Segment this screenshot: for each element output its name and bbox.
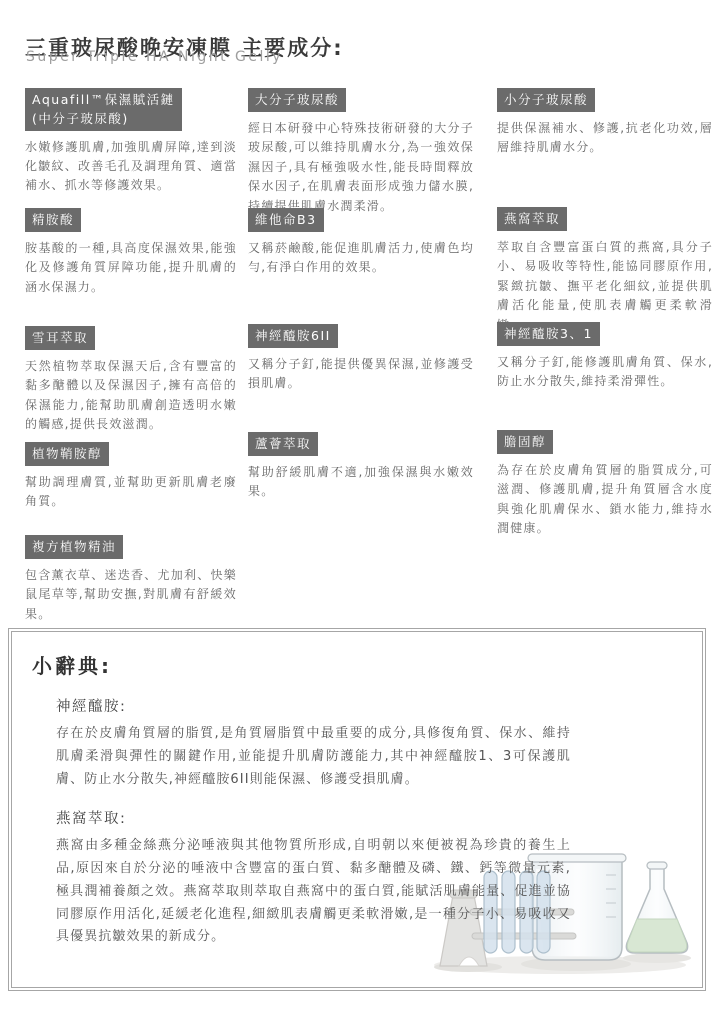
ingredient-tag: 大分子玻尿酸 xyxy=(248,88,346,112)
ingredient-description: 又稱分子釘,能提供優異保濕,並修護受損肌膚。 xyxy=(248,355,474,394)
glossary-definition: 存在於皮膚角質層的脂質,是角質層脂質中最重要的成分,具修復角質、保水、維持肌膚柔… xyxy=(56,723,571,791)
ingredient-description: 天然植物萃取保濕天后,含有豐富的黏多醣體以及保濕因子,擁有高倍的保濕能力,能幫助… xyxy=(25,357,237,435)
ingredient-tag: 維他命B3 xyxy=(248,208,324,232)
product-ingredients-page: 三重玻尿酸晚安凍膜 主要成分: Super Triple HA Night Ge… xyxy=(0,0,715,1024)
ingredient-description: 胺基酸的一種,具高度保濕效果,能強化及修護角質屏障功能,提升肌膚的涵水保濕力。 xyxy=(25,239,237,297)
ingredient-tag: 神經醯胺6II xyxy=(248,324,338,348)
ingredient-card-ceramide-3-1: 神經醯胺3、1 又稱分子釘,能修護肌膚角質、保水,防止水分散失,維持柔滑彈性。 xyxy=(497,322,713,392)
ingredient-description: 提供保濕補水、修護,抗老化功效,層層維持肌膚水分。 xyxy=(497,119,713,158)
ingredient-tag: 膽固醇 xyxy=(497,430,553,454)
glossary-box-inner: 小辭典: 神經醯胺: 存在於皮膚角質層的脂質,是角質層脂質中最重要的成分,具修復… xyxy=(11,631,703,988)
ingredient-tag: 雪耳萃取 xyxy=(25,326,95,350)
ingredient-card-ceramide-6ii: 神經醯胺6II 又稱分子釘,能提供優異保濕,並修護受損肌膚。 xyxy=(248,324,474,394)
ingredient-description: 包含薰衣草、迷迭香、尤加利、快樂鼠尾草等,幫助安撫,對肌膚有舒緩效果。 xyxy=(25,566,237,624)
glossary-entry-ceramide: 神經醯胺: 存在於皮膚角質層的脂質,是角質層脂質中最重要的成分,具修復角質、保水… xyxy=(56,695,682,791)
ingredient-description: 幫助舒緩肌膚不適,加強保濕與水嫩效果。 xyxy=(248,463,474,502)
ingredient-description: 水嫩修護肌膚,加強肌膚屏障,達到淡化皺紋、改善毛孔及調理角質、適當補水、抓水等修… xyxy=(25,138,237,196)
ingredient-card-aquafill: Aquafill™保濕賦活鏈 (中分子玻尿酸) 水嫩修護肌膚,加強肌膚屏障,達到… xyxy=(25,88,237,196)
glossary-definition: 燕窩由多種金絲燕分泌唾液與其他物質所形成,自明朝以來便被視為珍貴的養生上品,原因… xyxy=(56,835,571,949)
ingredient-tag: Aquafill™保濕賦活鏈 (中分子玻尿酸) xyxy=(25,88,182,131)
page-subtitle: Super Triple HA Night Gelly xyxy=(26,49,283,65)
ingredient-card-vitamin-b3: 維他命B3 又稱菸鹼酸,能促進肌膚活力,使膚色均勻,有淨白作用的效果。 xyxy=(248,208,474,278)
ingredient-description: 萃取自含豐富蛋白質的燕窩,具分子小、易吸收等特性,能協同膠原作用,緊緻抗皺、撫平… xyxy=(497,238,713,335)
ingredient-tag: 小分子玻尿酸 xyxy=(497,88,595,112)
ingredient-tag: 蘆薈萃取 xyxy=(248,432,318,456)
glossary-box: 小辭典: 神經醯胺: 存在於皮膚角質層的脂質,是角質層脂質中最重要的成分,具修復… xyxy=(8,628,706,991)
ingredient-card-large-ha: 大分子玻尿酸 經日本研發中心特殊技術研發的大分子玻尿酸,可以維持肌膚水分,為一強… xyxy=(248,88,474,216)
ingredient-card-cholesterol: 膽固醇 為存在於皮膚角質層的脂質成分,可滋潤、修護肌膚,提升角質層含水度與強化肌… xyxy=(497,430,713,539)
ingredient-card-essential-oils: 複方植物精油 包含薰衣草、迷迭香、尤加利、快樂鼠尾草等,幫助安撫,對肌膚有舒緩效… xyxy=(25,535,237,624)
ingredient-tag-line2: (中分子玻尿酸) xyxy=(32,111,129,126)
glossary-term: 神經醯胺: xyxy=(56,695,682,716)
ingredient-card-phytosphingosine: 植物鞘胺醇 幫助調理膚質,並幫助更新肌膚老廢角質。 xyxy=(25,442,237,512)
ingredient-tag: 神經醯胺3、1 xyxy=(497,322,600,346)
ingredient-tag: 複方植物精油 xyxy=(25,535,123,559)
ingredient-description: 經日本研發中心特殊技術研發的大分子玻尿酸,可以維持肌膚水分,為一強效保濕因子,具… xyxy=(248,119,474,216)
ingredient-description: 幫助調理膚質,並幫助更新肌膚老廢角質。 xyxy=(25,473,237,512)
ingredient-card-birds-nest: 燕窩萃取 萃取自含豐富蛋白質的燕窩,具分子小、易吸收等特性,能協同膠原作用,緊緻… xyxy=(497,207,713,335)
ingredient-card-snow-fungus: 雪耳萃取 天然植物萃取保濕天后,含有豐富的黏多醣體以及保濕因子,擁有高倍的保濕能… xyxy=(25,326,237,435)
ingredient-tag: 植物鞘胺醇 xyxy=(25,442,109,466)
glossary-entry-birds-nest: 燕窩萃取: 燕窩由多種金絲燕分泌唾液與其他物質所形成,自明朝以來便被視為珍貴的養… xyxy=(56,807,682,949)
ingredient-description: 為存在於皮膚角質層的脂質成分,可滋潤、修護肌膚,提升角質層含水度與強化肌膚保水、… xyxy=(497,461,713,539)
ingredient-tag: 精胺酸 xyxy=(25,208,81,232)
ingredient-tag: 燕窩萃取 xyxy=(497,207,567,231)
ingredient-card-arginine: 精胺酸 胺基酸的一種,具高度保濕效果,能強化及修護角質屏障功能,提升肌膚的涵水保… xyxy=(25,208,237,297)
ingredient-description: 又稱菸鹼酸,能促進肌膚活力,使膚色均勻,有淨白作用的效果。 xyxy=(248,239,474,278)
glossary-term: 燕窩萃取: xyxy=(56,807,682,828)
glossary-title: 小辭典: xyxy=(32,650,682,679)
ingredient-card-small-ha: 小分子玻尿酸 提供保濕補水、修護,抗老化功效,層層維持肌膚水分。 xyxy=(497,88,713,158)
ingredient-description: 又稱分子釘,能修護肌膚角質、保水,防止水分散失,維持柔滑彈性。 xyxy=(497,353,713,392)
ingredient-tag-line1: Aquafill™保濕賦活鏈 xyxy=(32,92,175,107)
ingredient-card-aloe: 蘆薈萃取 幫助舒緩肌膚不適,加強保濕與水嫩效果。 xyxy=(248,432,474,502)
